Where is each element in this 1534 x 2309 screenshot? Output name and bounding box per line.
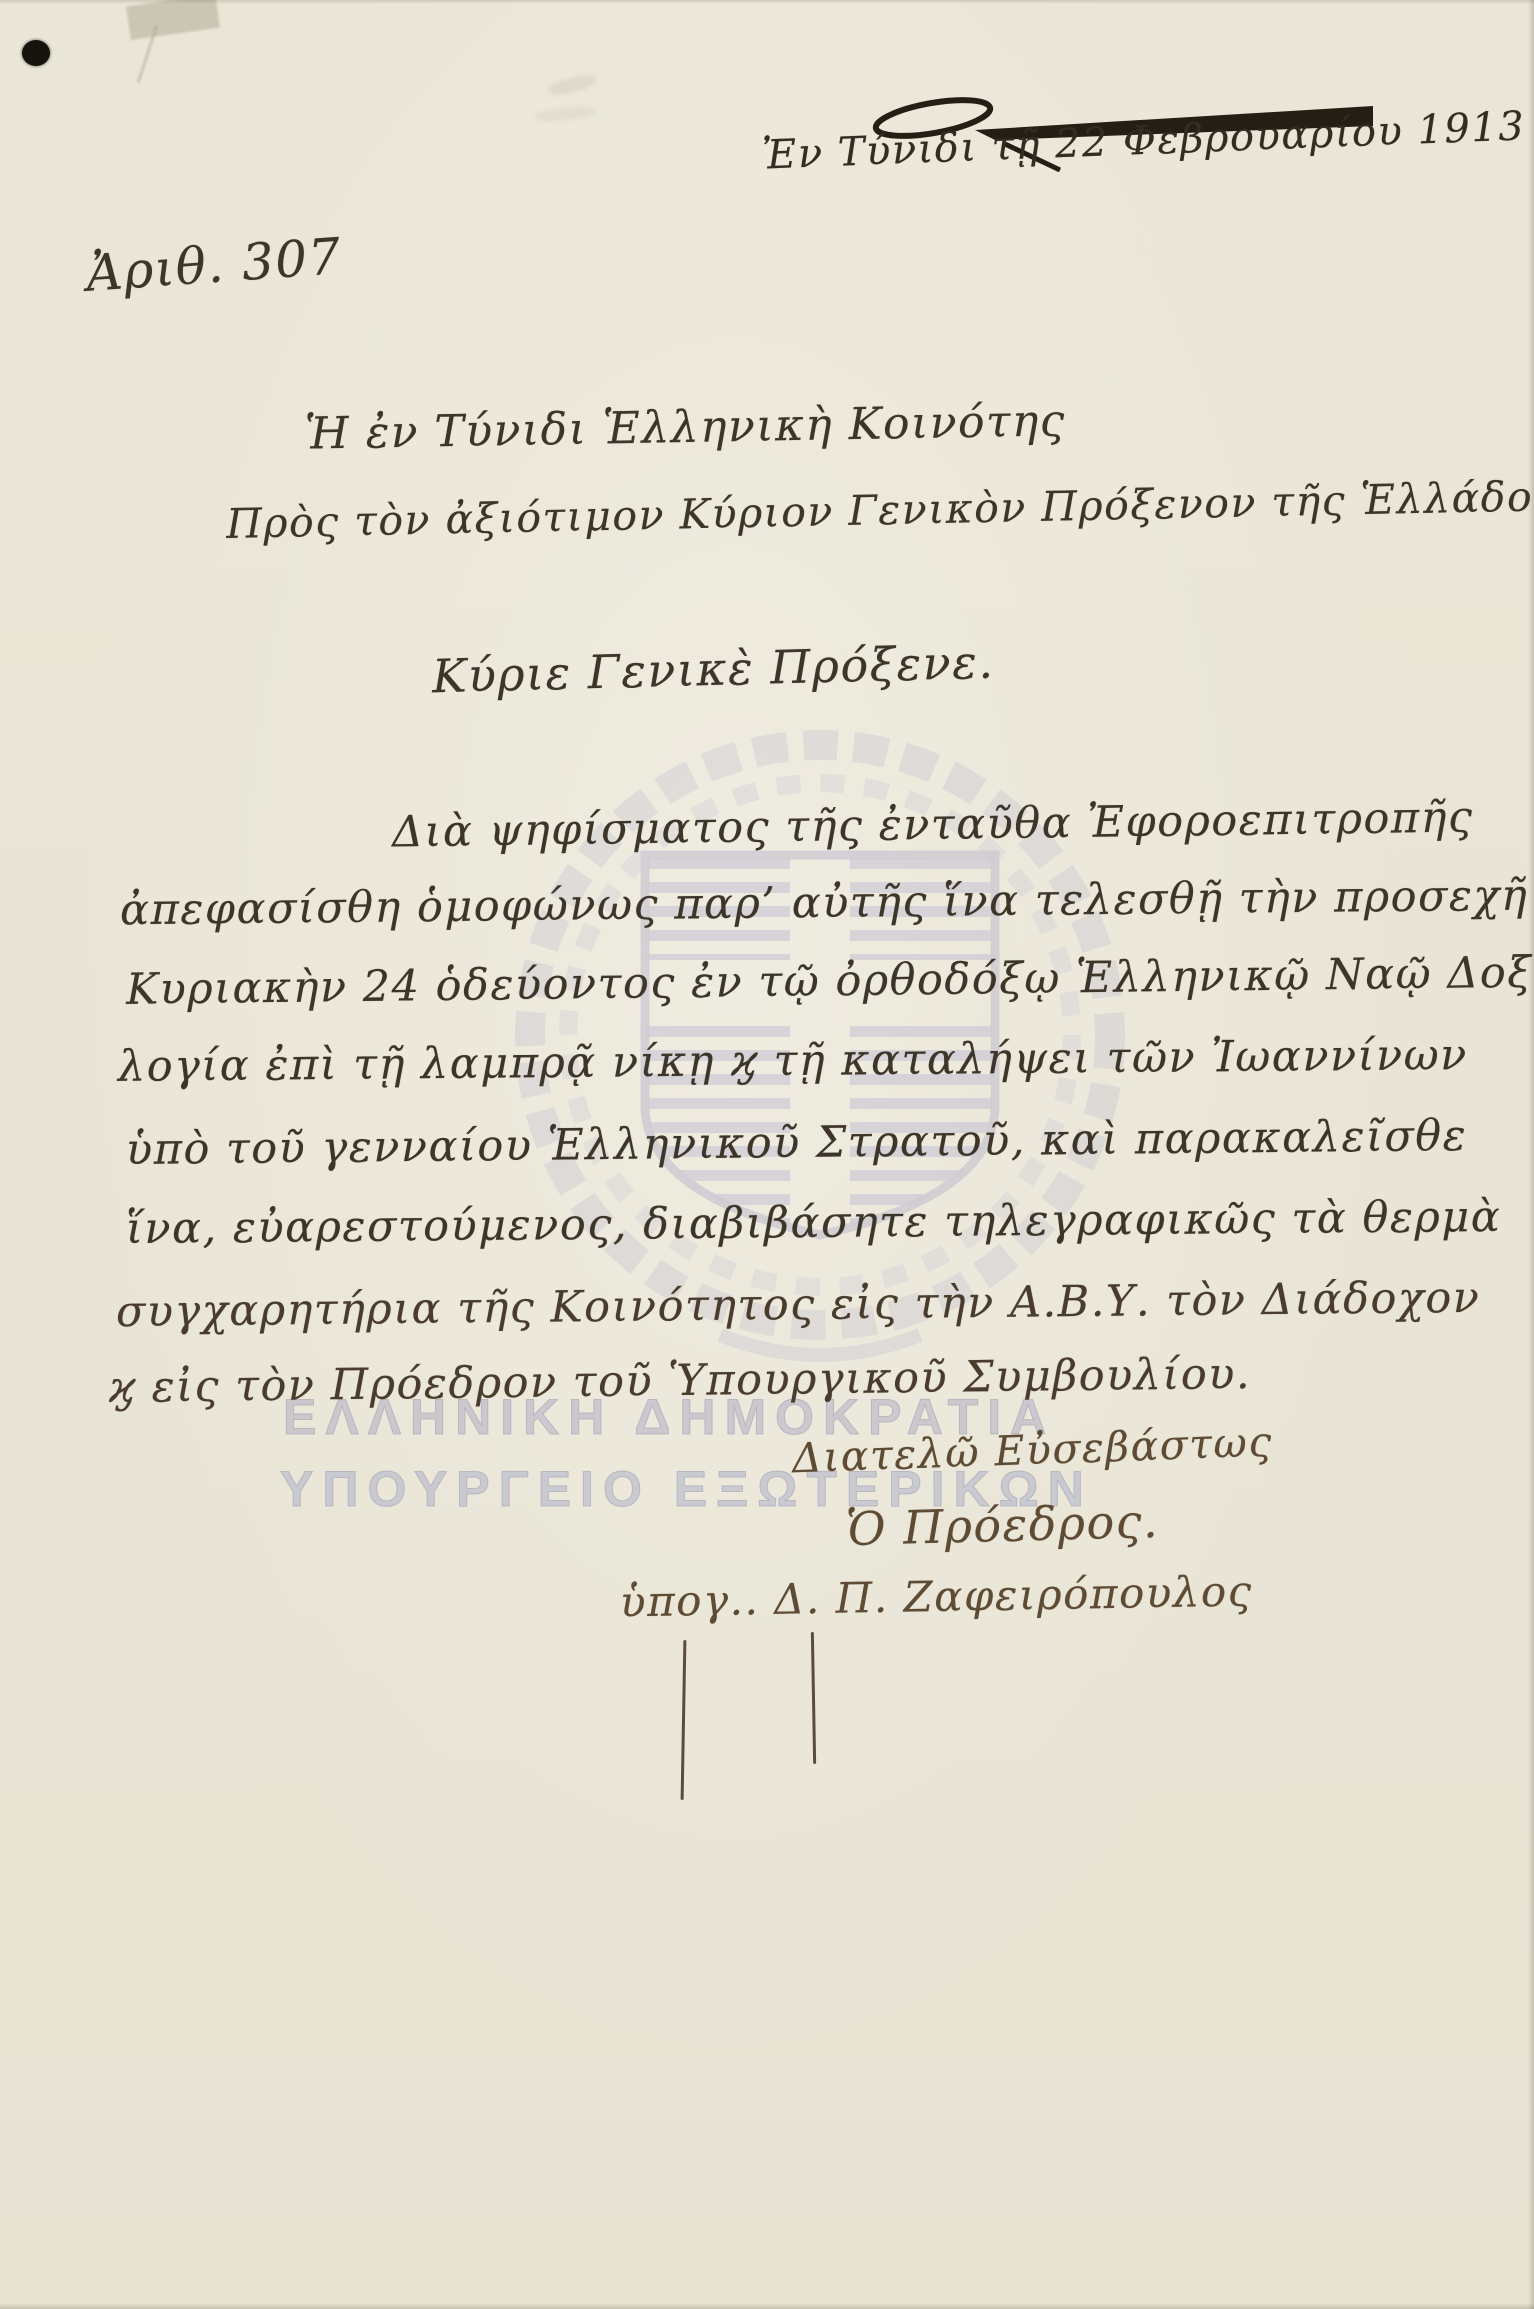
pencil-smudge [547, 72, 597, 97]
heading-recipient-community: Ἡ ἐν Τύνιδι Ἑλληνικὴ Κοινότης [305, 395, 1067, 459]
heading-recipient-consul: Πρὸς τὸν ἀξιότιμον Κύριον Γενικὸν Πρόξεν… [226, 472, 1534, 548]
reference-number: Ἀριθ. 307 [84, 227, 343, 303]
body-line-7: συγχαρητήρια τῆς Κοινότητος εἰς τὴν Α.Β.… [116, 1273, 1481, 1337]
scan-edge-right [1528, 0, 1534, 2309]
body-line-8: ϗ εἰς τὸν Πρόεδρον τοῦ Ὑπουργικοῦ Συμβου… [108, 1349, 1252, 1413]
body-line-5: ὑπὸ τοῦ γενναίου Ἑλληνικοῦ Στρατοῦ, καὶ … [126, 1111, 1468, 1175]
body-line-6: ἵνα, εὐαρεστούμενος, διαβιβάσητε τηλεγρα… [126, 1192, 1502, 1254]
letter-page: ΕΛΛΗΝΙΚΗ ΔΗΜΟΚΡΑΤΙΑ ΥΠΟΥΡΓΕΙΟ ΕΞΩΤΕΡΙΚΩΝ… [0, 0, 1534, 2309]
body-line-3: Κυριακὴν 24 ὁδεύοντος ἐν τῷ ὀρθοδόξῳ Ἑλλ… [126, 947, 1534, 1015]
signature-flourish-stroke-2 [811, 1632, 816, 1764]
pencil-smudge-2 [536, 105, 597, 123]
scan-edge-top [0, 0, 1534, 4]
paper-tear-mark [126, 0, 220, 40]
body-line-2: ἀπεφασίσθη ὁμοφώνως παρ’ αὐτῆς ἵνα τελεσ… [120, 871, 1529, 936]
scan-edge-bottom [0, 2303, 1534, 2309]
body-line-4: λογία ἐπὶ τῇ λαμπρᾷ νίκῃ ϗ τῇ καταλήψει … [118, 1030, 1468, 1092]
signature-title: Ὁ Πρόεδρος. [845, 1494, 1159, 1556]
signature-flourish-stroke [681, 1640, 687, 1800]
signature-name: ὑπογ.. Δ. Π. Ζαφειρόπουλος [620, 1566, 1253, 1626]
hole-punch-dot [22, 40, 50, 66]
